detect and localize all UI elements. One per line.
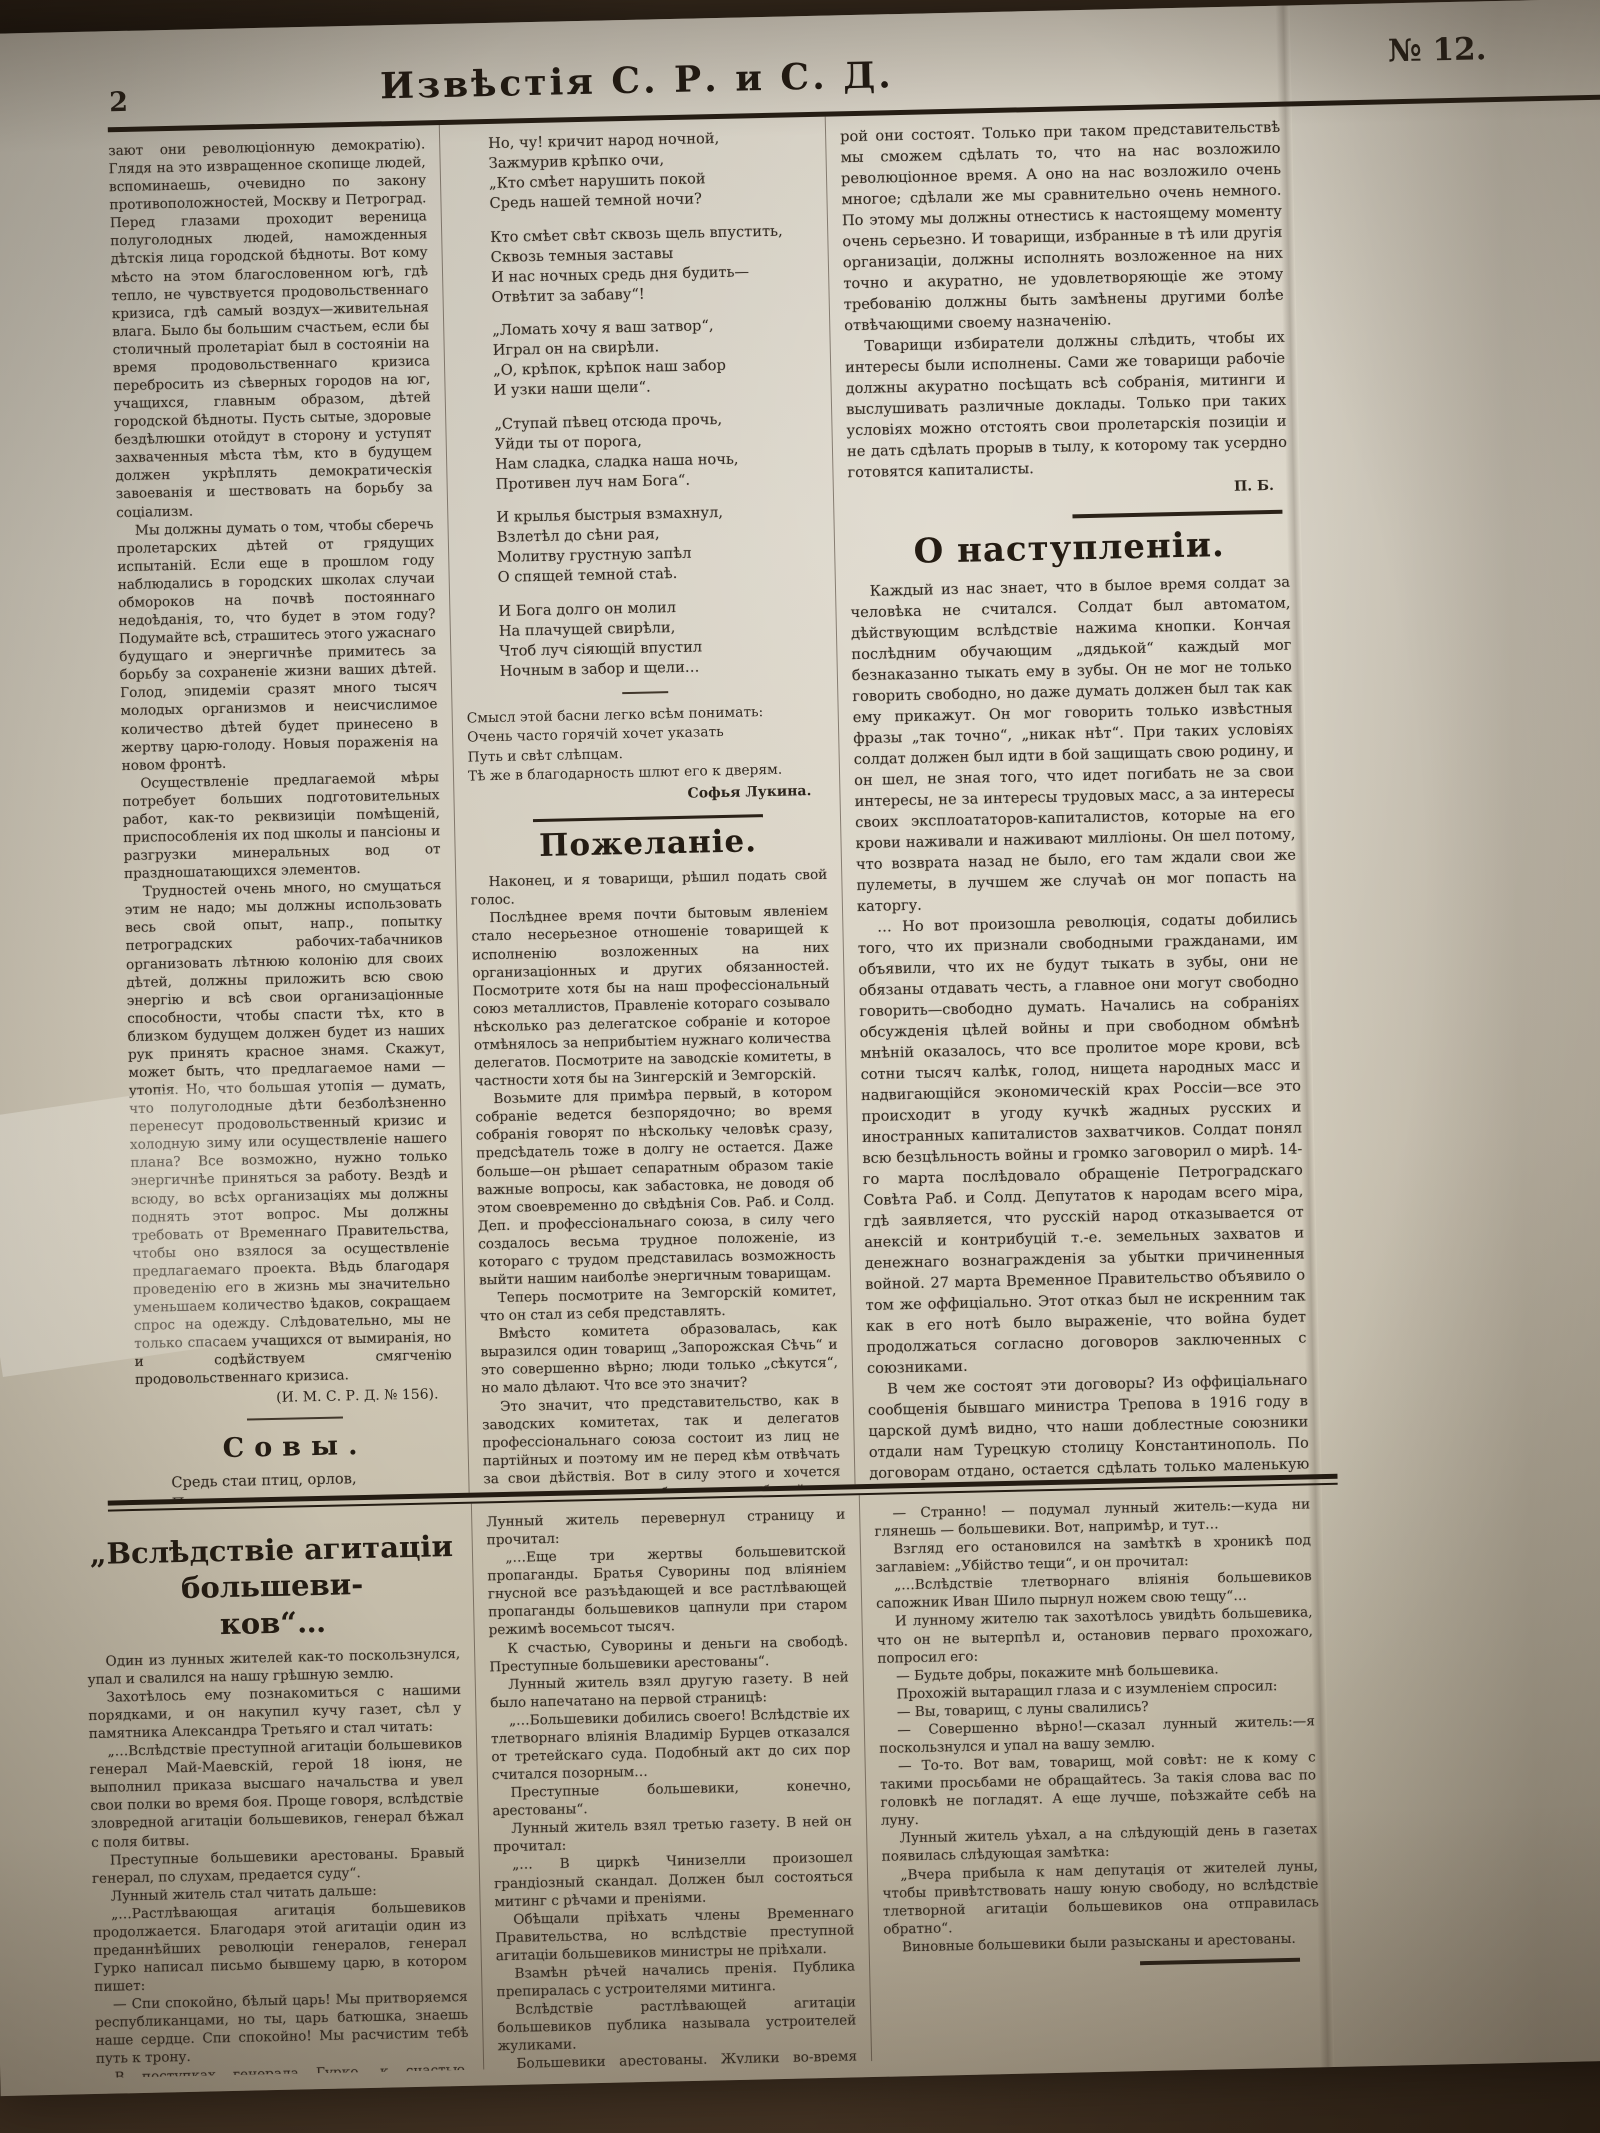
- article-lunny-zhitel-1: Один из лунных жителей как-то поскользну…: [87, 1645, 470, 2079]
- newspaper-page: 2 Извѣстія С. Р. и С. Д. № 12. зают они …: [0, 0, 1600, 2096]
- poem-stanza: Но, чу! кричит народ ночной, Зажмурив кр…: [488, 127, 813, 215]
- paragraph: Мы должны думать о том, чтобы сберечь пр…: [116, 515, 438, 775]
- paragraph: Товарищи избиратели должны слѣдить, чтоб…: [845, 327, 1288, 484]
- paragraph: В чем же состоят эти договоры? Из оффиці…: [867, 1369, 1311, 1484]
- paragraph: зают они революціонную демократію). Гляд…: [108, 135, 433, 521]
- end-rule: [1140, 1958, 1300, 1965]
- article-rule: [532, 814, 762, 822]
- article-lunny-zhitel-2: Лунный житель перевернул страницу и проч…: [486, 1506, 858, 2070]
- headline-pozhelanie: Пожеланіе.: [469, 822, 827, 866]
- poem-headline-sovy: Совы.: [136, 1428, 454, 1466]
- bottom-section: „Вслѣдствіе агитаціи большеви- ков“… Оди…: [70, 1485, 1336, 2078]
- paper-right-margin-shade: [1289, 0, 1600, 2067]
- paragraph: Захотѣлось ему познакомиться с нашими по…: [88, 1681, 462, 1743]
- masthead: 2 Извѣстія С. Р. и С. Д. № 12.: [0, 0, 1600, 131]
- paragraph: Это значит, что представительство, как в…: [482, 1390, 843, 1493]
- paragraph: Послѣднее время почти бытовым явленіем с…: [471, 902, 832, 1091]
- poem-stanza: И Бога долго он молил На плачущей свирѣл…: [498, 594, 823, 682]
- bottom-column-1: „Вслѣдствіе агитаціи большеви- ков“… Оди…: [70, 1504, 484, 2079]
- poem-stanza: „Ступай пѣвец отсюда прочь, Уйди ты от п…: [494, 407, 819, 495]
- poem-sovy-continued: Но, чу! кричит народ ночной, Зажмурив кр…: [454, 127, 823, 683]
- article-reference: (И. М. С. Р. Д. № 156).: [135, 1386, 452, 1409]
- headline-o-nastuplenii: О наступленіи.: [849, 524, 1290, 574]
- poem-stanza: „Ломать хочу я ваш затвор“, Играл он на …: [492, 314, 817, 402]
- paragraph: „… В циркѣ Чинизелли произошел грандіозн…: [494, 1849, 854, 1911]
- paragraph: Возьмите для примѣра первый, в котором с…: [475, 1083, 836, 1290]
- author-signature: Софья Лукина.: [468, 783, 825, 807]
- paragraph: „…Вслѣдствіе преступной агитаціи большев…: [89, 1735, 464, 1852]
- paragraph: И лунному жителю так захотѣлось увидѣть …: [876, 1604, 1313, 1668]
- bottom-column-3: — Странно! — подумал лунный житель:—куда…: [860, 1485, 1336, 2061]
- paragraph: „Вчера прибыла к нам депутація от жителе…: [882, 1857, 1319, 1939]
- poem-moral: Смысл этой басни легко всѣм понимать: Оч…: [467, 702, 826, 787]
- poem-stanza: И крылья быстрыя взмахнул, Взлетѣл до сѣ…: [496, 501, 821, 589]
- issue-number: № 12.: [1388, 31, 1487, 69]
- top-column-3: рой они состоят. Только при таком предст…: [826, 106, 1324, 1484]
- paragraph: Вслѣдствіе растлѣвающей агитаціи большев…: [497, 1994, 857, 2056]
- paragraph: „…Еще три жертвы большевитской пропаганд…: [487, 1542, 848, 1640]
- paragraph: — Спи спокойно, бѣлый царь! Мы притворяе…: [95, 1988, 469, 2068]
- article-continuation: зают они революціонную демократію). Гляд…: [108, 135, 452, 1389]
- article-lunny-zhitel-3: — Странно! — подумал лунный житель:—куда…: [874, 1495, 1320, 1956]
- bottom-column-2: Лунный житель перевернул страницу и проч…: [472, 1495, 872, 2069]
- article-continuation-2: рой они состоят. Только при таком предст…: [840, 117, 1288, 484]
- paragraph: „…Большевики добились своего! Вслѣдствіе…: [490, 1704, 850, 1784]
- top-column-2: Но, чу! кричит народ ночной, Зажмурив кр…: [440, 117, 856, 1493]
- paragraph: Обѣщали пріѣхать члены Временнаго Правит…: [495, 1903, 855, 1965]
- paragraph: Вмѣсто комитета образовалась, как вырази…: [480, 1318, 838, 1398]
- article-o-nastuplenii: Каждый из нас знает, что в былое время с…: [850, 572, 1311, 1485]
- headline-vsledstvie-agitacii: „Вслѣдствіе агитаціи большеви- ков“…: [84, 1528, 459, 1645]
- photo-background: 2 Извѣстія С. Р. и С. Д. № 12. зают они …: [0, 0, 1600, 2133]
- article-pozhelanie: Наконец, и я товарищи, рѣшил подать свой…: [470, 866, 842, 1493]
- paragraph: „…Растлѣвающая агитація большевиков прод…: [93, 1898, 468, 1997]
- divider-rule: [246, 1417, 342, 1421]
- paragraph: Трудностей очень много, но смущаться эти…: [124, 876, 452, 1389]
- divider-dash: [622, 691, 668, 694]
- paragraph: … Но вот произошла революція, содаты доб…: [857, 908, 1307, 1379]
- paragraph: рой они состоят. Только при таком предст…: [840, 117, 1284, 337]
- poem-stanza: Кто смѣет свѣт сквозь щель впустить, Скв…: [490, 220, 815, 308]
- top-column-1: зают они революціонную демократію). Гляд…: [94, 125, 470, 1500]
- paragraph: Каждый из нас знает, что в былое время с…: [850, 572, 1297, 918]
- paragraph: Осуществленіе предлагаемой мѣры потребуе…: [122, 768, 441, 883]
- top-section: зают они революціонную демократію). Гляд…: [94, 106, 1324, 1500]
- paragraph: — То-то. Вот вам, товарищ, мой совѣт: не…: [880, 1748, 1317, 1830]
- article-rule: [1072, 510, 1282, 519]
